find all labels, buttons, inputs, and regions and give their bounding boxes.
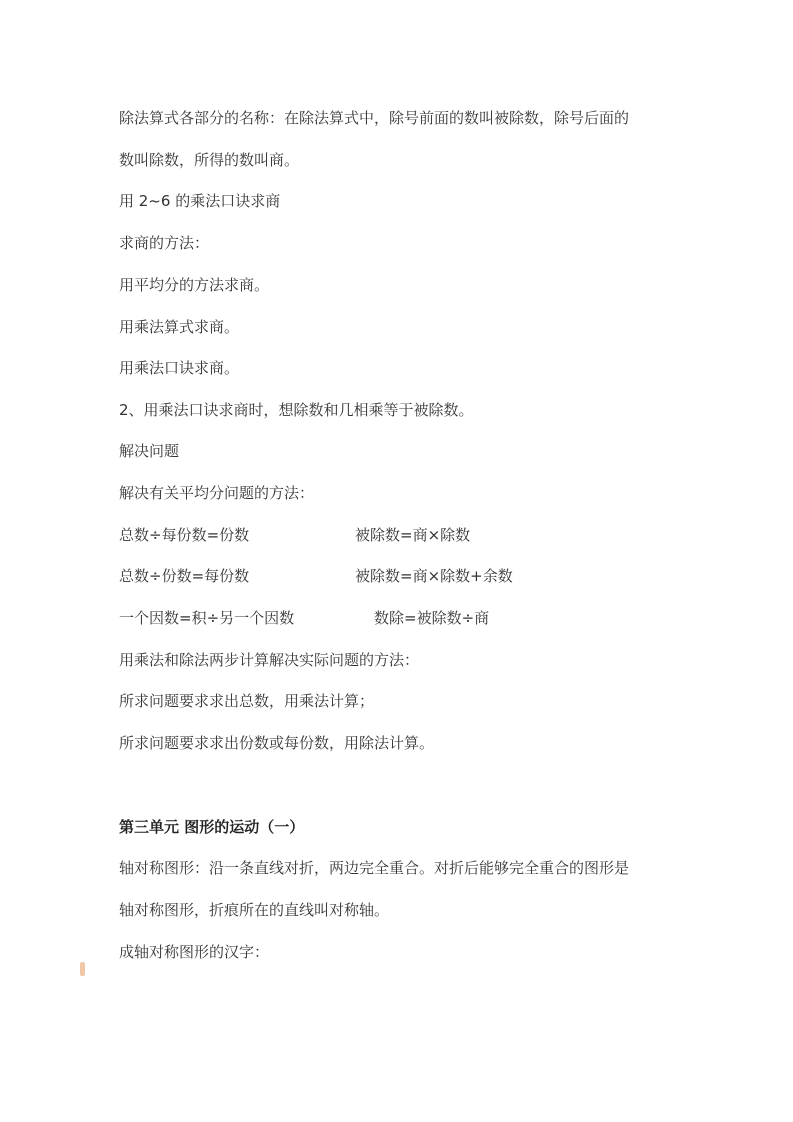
paragraph: 2、用乘法口诀求商时，想除数和几相乘等于被除数。 bbox=[119, 400, 474, 420]
formula-right: 被除数=商×除数+余数 bbox=[355, 566, 513, 586]
formula-left: 总数÷份数=每份数 bbox=[119, 566, 249, 586]
formula-left: 总数÷每份数=份数 bbox=[119, 525, 249, 545]
paragraph: 用平均分的方法求商。 bbox=[119, 275, 269, 295]
paragraph: 成轴对称图形的汉字： bbox=[119, 942, 269, 962]
scan-artifact bbox=[80, 962, 85, 976]
formula-right: 被除数=商×除数 bbox=[355, 525, 470, 545]
paragraph: 用乘法和除法两步计算解决实际问题的方法： bbox=[119, 650, 419, 670]
paragraph: 数叫除数，所得的数叫商。 bbox=[119, 150, 299, 170]
paragraph: 轴对称图形：沿一条直线对折，两边完全重合。对折后能够完全重合的图形是 bbox=[119, 858, 629, 878]
paragraph: 轴对称图形，折痕所在的直线叫对称轴。 bbox=[119, 900, 389, 920]
paragraph: 解决问题 bbox=[119, 441, 179, 461]
formula-right: 数除=被除数÷商 bbox=[374, 608, 489, 628]
paragraph: 用乘法算式求商。 bbox=[119, 317, 239, 337]
paragraph: 用 2~6 的乘法口诀求商 bbox=[119, 191, 280, 211]
section-heading: 第三单元 图形的运动（一） bbox=[119, 817, 304, 837]
paragraph: 所求问题要求求出总数，用乘法计算； bbox=[119, 691, 374, 711]
paragraph: 除法算式各部分的名称：在除法算式中，除号前面的数叫被除数，除号后面的 bbox=[119, 108, 629, 128]
paragraph: 所求问题要求求出份数或每份数，用除法计算。 bbox=[119, 733, 434, 753]
paragraph: 解决有关平均分问题的方法： bbox=[119, 483, 314, 503]
formula-left: 一个因数=积÷另一个因数 bbox=[119, 608, 294, 628]
paragraph: 用乘法口诀求商。 bbox=[119, 358, 239, 378]
paragraph: 求商的方法： bbox=[119, 233, 209, 253]
